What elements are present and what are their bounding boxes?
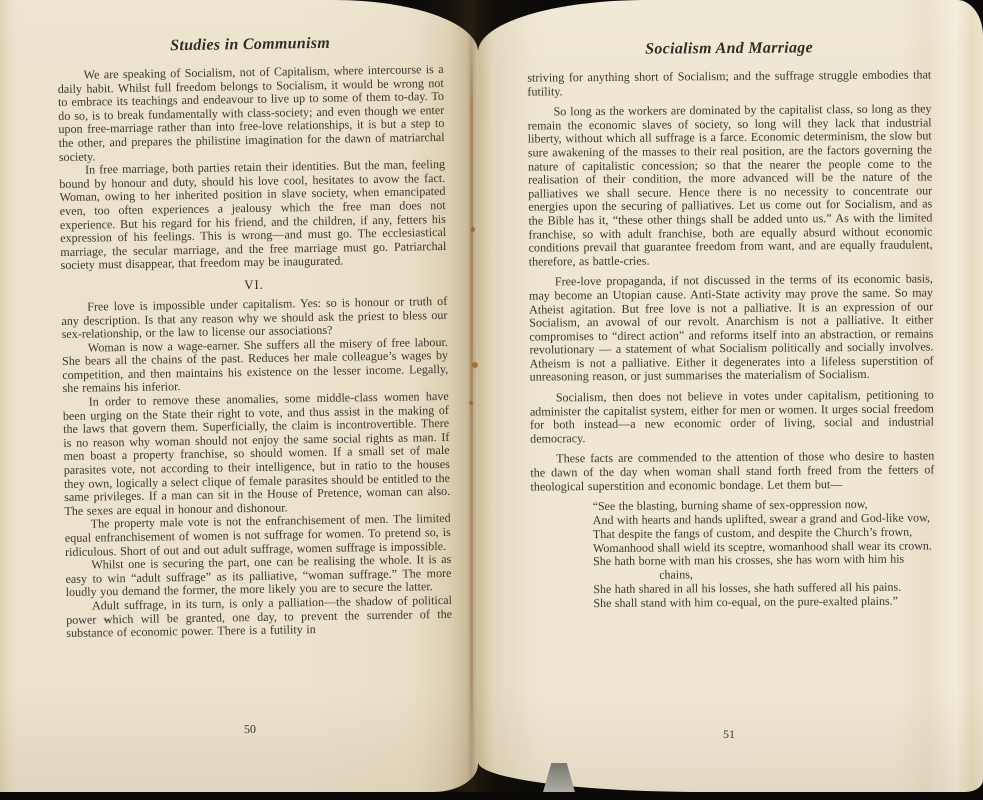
body-paragraph: In free marriage, both parties retain th… [59, 158, 447, 273]
body-paragraph: Woman is now a wage-earner. She suffers … [62, 336, 449, 396]
body-paragraph: These facts are commended to the attenti… [530, 450, 934, 494]
section-heading: VI. [61, 275, 447, 295]
body-paragraph: Socialism, then does not believe in vote… [530, 388, 934, 446]
body-paragraph: In order to remove these anomalies, some… [63, 390, 451, 518]
body-paragraph: We are speaking of Socialism, not of Cap… [57, 63, 444, 164]
body-paragraph: Free-love propaganda, if not discussed i… [529, 273, 934, 385]
foxing-spot [472, 362, 478, 368]
poem-quote: “See the blasting, burning shame of sex-… [531, 498, 936, 612]
foxing-spot [469, 401, 473, 405]
right-page-number: 51 [527, 727, 931, 742]
body-paragraph: So long as the workers are dominated by … [528, 103, 933, 269]
body-paragraph: striving for anything short of Socialism… [527, 68, 931, 98]
right-page-text: Socialism And Marriage striving for anyt… [527, 38, 935, 611]
foxing-spot [471, 227, 475, 232]
body-paragraph: Adult suffrage, in its turn, is only a p… [66, 594, 453, 641]
body-paragraph: Free love is impossible under capitalism… [61, 295, 448, 342]
left-page-text: Studies in Communism We are speaking of … [57, 33, 452, 641]
right-running-header: Socialism And Marriage [527, 38, 931, 59]
open-book-photo: { "colors": { "background_black": "#0b0a… [0, 0, 983, 800]
